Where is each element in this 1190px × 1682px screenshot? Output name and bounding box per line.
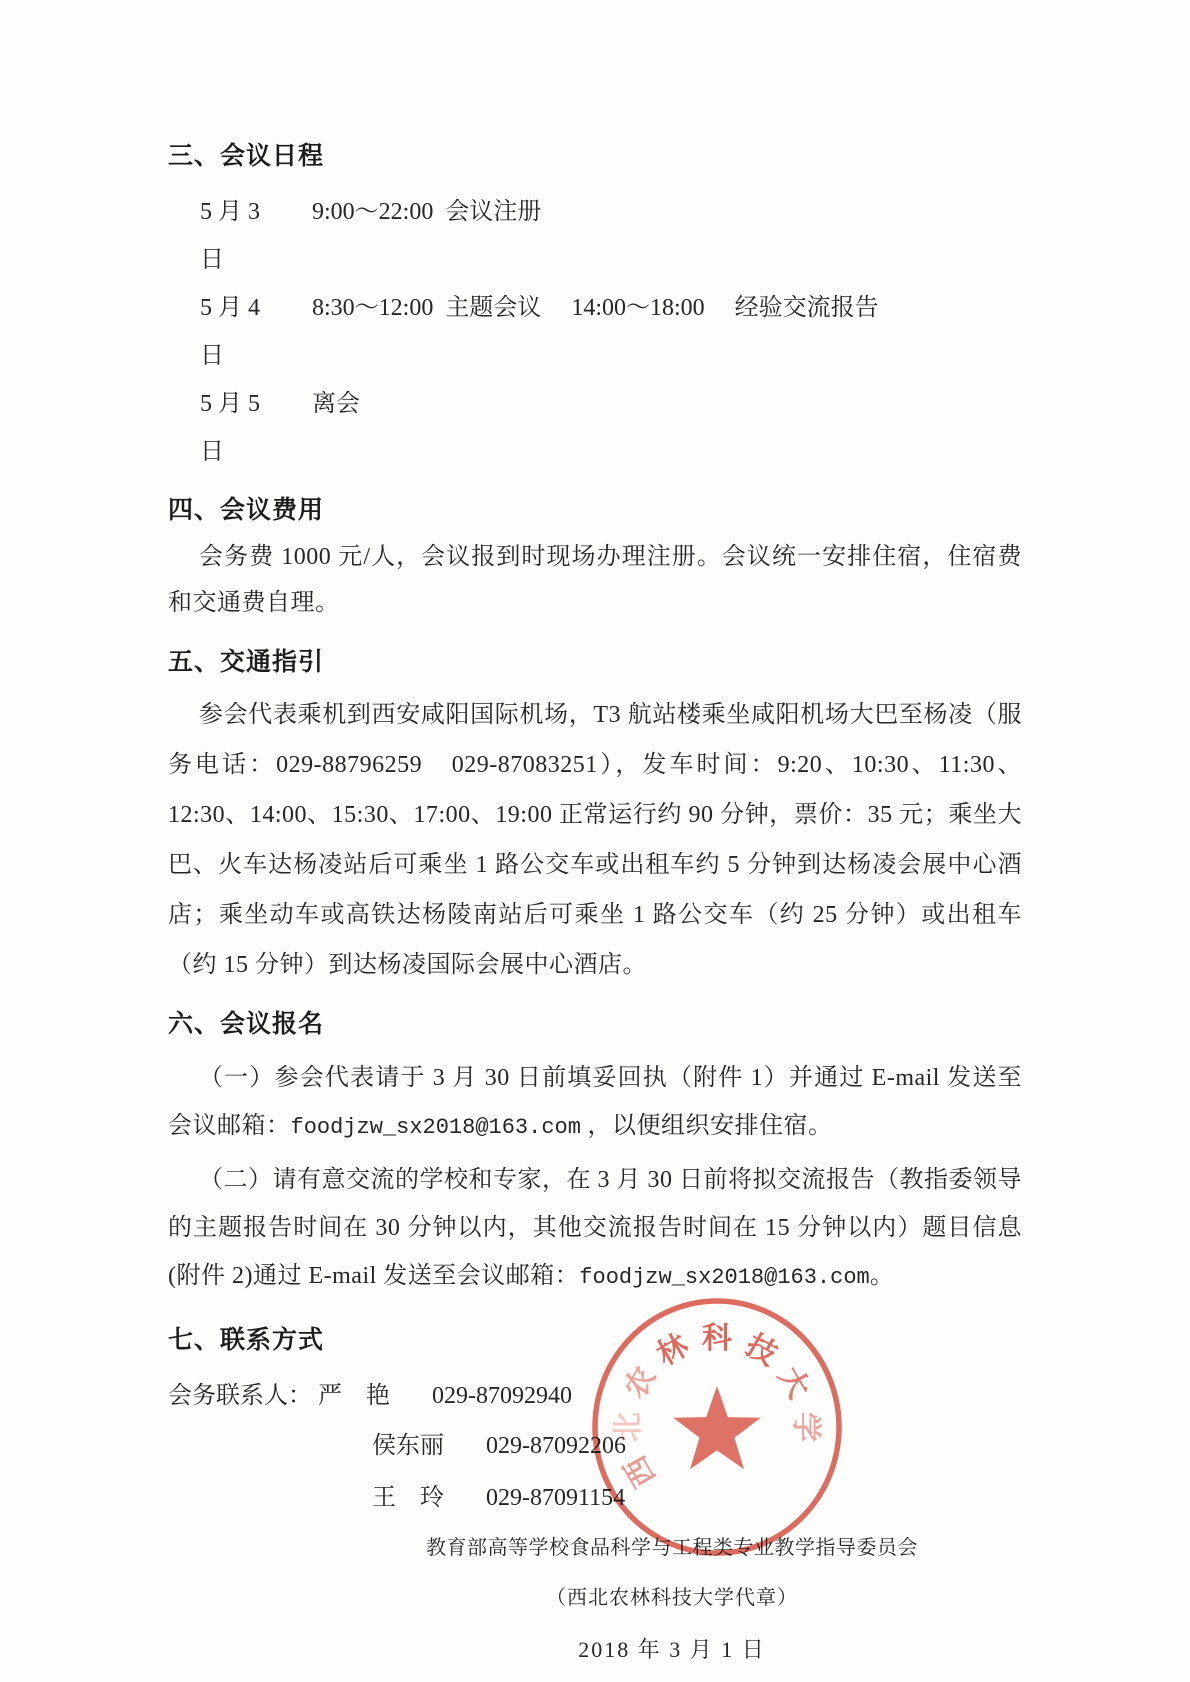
heading-fees: 四、会议费用 (168, 486, 1022, 534)
contact-phone: 029-87091154 (486, 1472, 625, 1524)
document-page: 三、会议日程 5 月 3 日 9:00～22:00 会议注册 5 月 4 日 8… (0, 0, 1190, 1682)
schedule-date: 5 月 4 日 (200, 284, 282, 380)
signup-paragraph-1: （一）参会代表请于 3 月 30 日前填妥回执（附件 1）并通过 E-mail … (168, 1054, 1022, 1152)
contact-name: 侯东丽 (372, 1420, 486, 1472)
heading-transport: 五、交通指引 (168, 638, 1022, 686)
contact-row: 会务联系人：严 艳029-87092940 (168, 1372, 1022, 1420)
schedule-content: 9:00～22:00 会议注册 (282, 188, 541, 284)
signup-p2-tail: 。 (870, 1263, 895, 1289)
signup-paragraph-2: （二）请有意交流的学校和专家，在 3 月 30 日前将拟交流报告（教指委领导的主… (168, 1156, 1022, 1302)
fees-paragraph: 会务费 1000 元/人，会议报到时现场办理注册。会议统一安排住宿，住宿费和交通… (168, 534, 1022, 626)
schedule-row: 5 月 5 日 离会 (168, 380, 1022, 476)
contact-phone: 029-87092940 (432, 1372, 572, 1420)
schedule-row: 5 月 3 日 9:00～22:00 会议注册 (168, 188, 1022, 284)
schedule-date: 5 月 5 日 (200, 380, 282, 476)
signature-block: 教育部高等学校食品科学与工程类专业教学指导委员会 （西北农林科技大学代章） 20… (322, 1524, 1022, 1676)
transport-paragraph: 参会代表乘机到西安咸阳国际机场，T3 航站楼乘坐咸阳机场大巴至杨凌（服务电话：0… (168, 690, 1022, 990)
schedule-date: 5 月 3 日 (200, 188, 282, 284)
contact-row: 侯东丽029-87092206 (168, 1420, 1022, 1472)
heading-schedule: 三、会议日程 (168, 132, 1022, 180)
conference-email: foodjzw_sx2018@163.com (579, 1265, 869, 1290)
schedule-content: 离会 (282, 380, 360, 476)
signup-p1-tail: ，以便组织安排住宿。 (581, 1113, 833, 1139)
signature-organization: 教育部高等学校食品科学与工程类专业教学指导委员会 (322, 1524, 1022, 1572)
heading-contact: 七、联系方式 (168, 1316, 1022, 1364)
conference-email: foodjzw_sx2018@163.com (291, 1115, 581, 1140)
schedule-list: 5 月 3 日 9:00～22:00 会议注册 5 月 4 日 8:30～12:… (168, 188, 1022, 476)
contact-name: 严 艳 (318, 1372, 432, 1420)
contact-phone: 029-87092206 (486, 1420, 626, 1472)
contact-row: 王 玲029-87091154 (168, 1472, 1022, 1524)
signature-date: 2018 年 3 月 1 日 (322, 1624, 1022, 1676)
schedule-row: 5 月 4 日 8:30～12:00 主题会议 14:00～18:00 经验交流… (168, 284, 1022, 380)
contact-name: 王 玲 (372, 1472, 486, 1524)
signature-on-behalf: （西北农林科技大学代章） (322, 1572, 1022, 1624)
contact-label: 会务联系人： (168, 1372, 318, 1420)
schedule-content: 8:30～12:00 主题会议 14:00～18:00 经验交流报告 (282, 284, 879, 380)
heading-signup: 六、会议报名 (168, 1000, 1022, 1048)
